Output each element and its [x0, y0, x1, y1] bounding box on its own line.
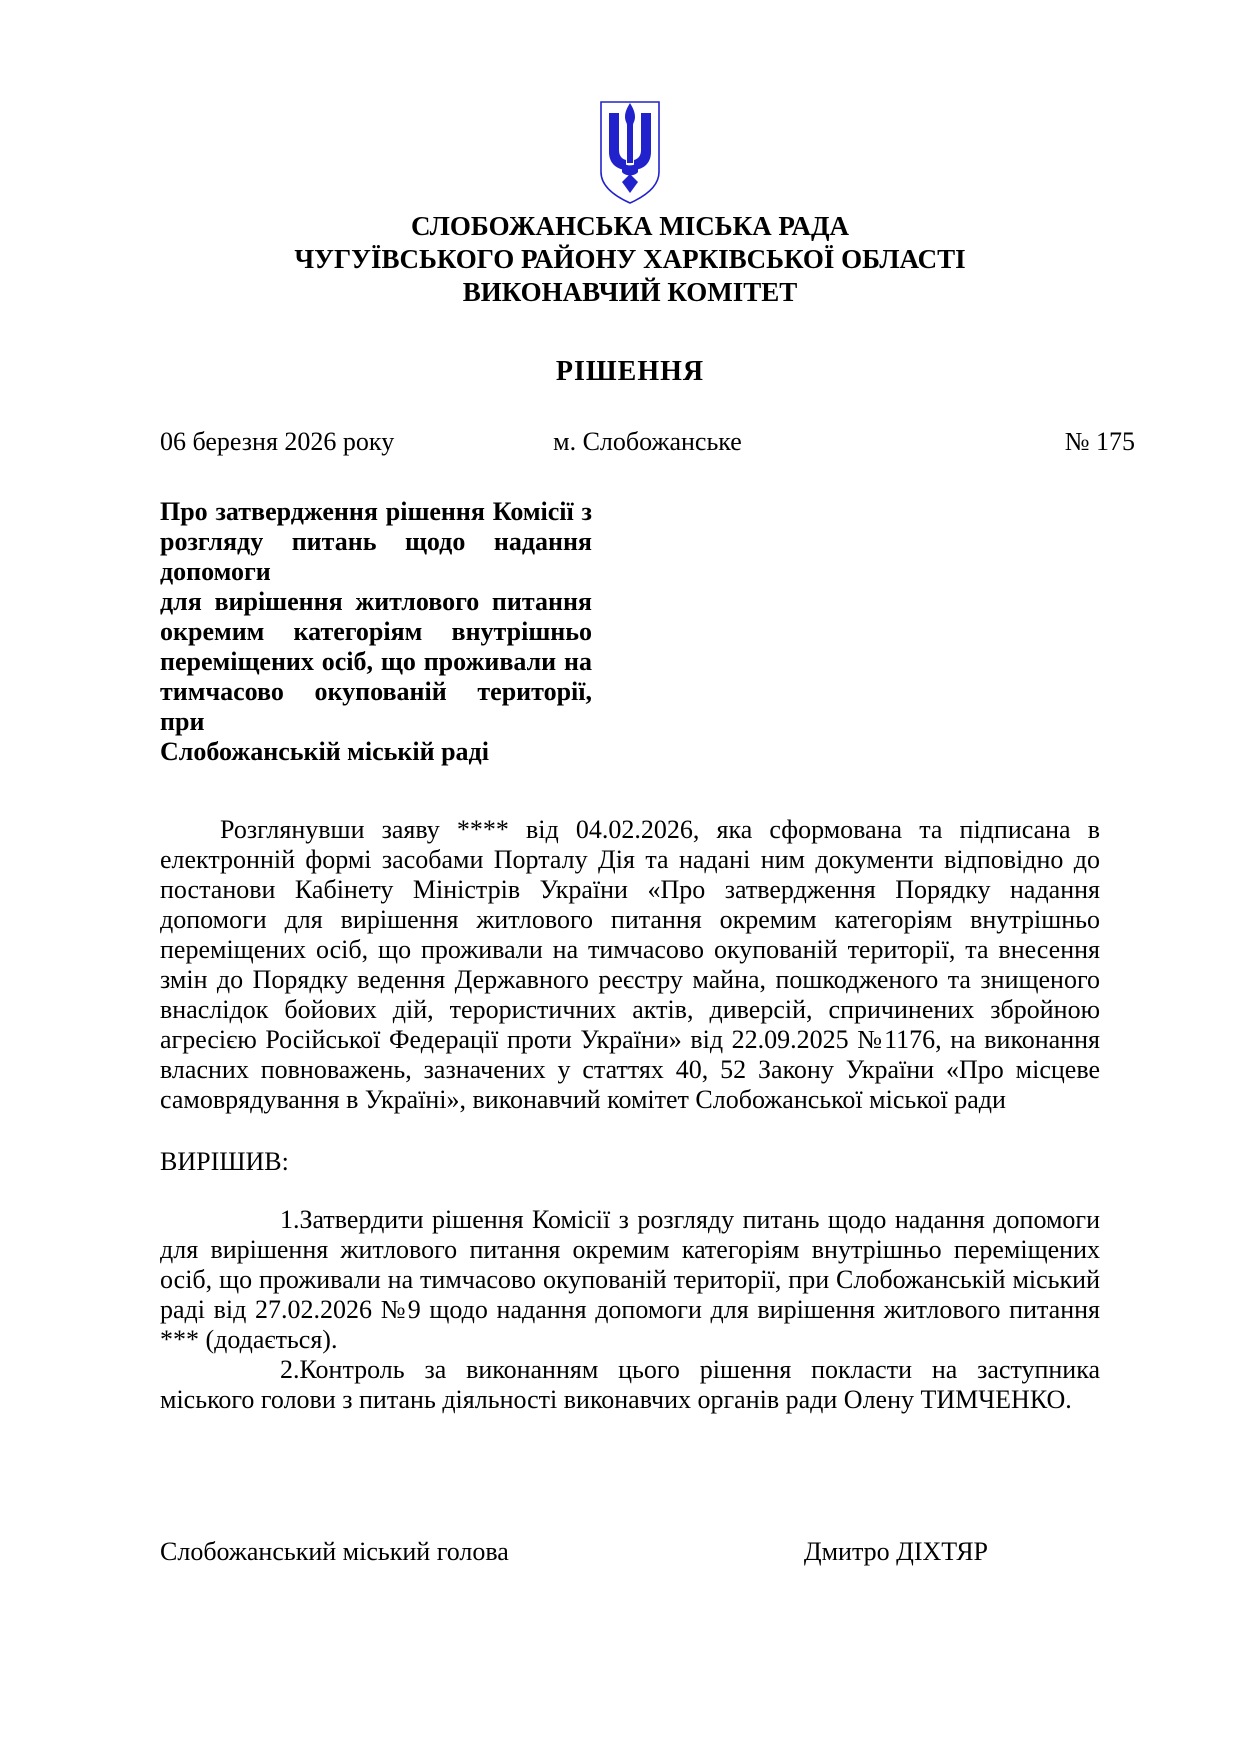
signer-position: Слобожанський міський голова [160, 1537, 509, 1567]
signer-name: Дмитро ДІХТЯР [804, 1537, 1100, 1567]
org-name-line3: ВИКОНАВЧИЙ КОМІТЕТ [160, 276, 1100, 309]
document-type-title: РІШЕННЯ [160, 357, 1100, 387]
document-number: № 175 [742, 427, 1135, 457]
ukraine-coat-of-arms-icon [597, 100, 663, 206]
decision-item-1: 1.Затвердити рішення Комісії з розгляду … [160, 1205, 1100, 1355]
subject-line: для вирішення житлового питання [160, 587, 592, 617]
item-number: 2. [220, 1355, 300, 1385]
org-name-line2: ЧУГУЇВСЬКОГО РАЙОНУ ХАРКІВСЬКОЇ ОБЛАСТІ [160, 243, 1100, 276]
subject-block: Про затвердження рішення Комісії з розгл… [160, 497, 592, 767]
decision-item-2: 2.Контроль за виконанням цього рішення п… [160, 1355, 1100, 1415]
subject-line: тимчасово окупованій території, при [160, 677, 592, 737]
item-text: Контроль за виконанням цього рішення пок… [160, 1355, 1100, 1414]
meta-row: 06 березня 2026 року м. Слобожанське № 1… [160, 427, 1135, 457]
document-place: м. Слобожанське [553, 427, 742, 457]
document-page: СЛОБОЖАНСЬКА МІСЬКА РАДА ЧУГУЇВСЬКОГО РА… [0, 0, 1240, 1754]
signature-row: Слобожанський міський голова Дмитро ДІХТ… [160, 1537, 1100, 1567]
item-text: Затвердити рішення Комісії з розгляду пи… [160, 1205, 1100, 1354]
subject-line: Слобожанській міській раді [160, 737, 592, 767]
subject-line: переміщених осіб, що проживали на [160, 647, 592, 677]
resolved-heading: ВИРІШИВ: [160, 1147, 1100, 1177]
subject-line: окремим категоріям внутрішньо [160, 617, 592, 647]
emblem-container [160, 0, 1100, 206]
decision-items: 1.Затвердити рішення Комісії з розгляду … [160, 1205, 1100, 1415]
org-header: СЛОБОЖАНСЬКА МІСЬКА РАДА ЧУГУЇВСЬКОГО РА… [160, 210, 1100, 309]
org-name-line1: СЛОБОЖАНСЬКА МІСЬКА РАДА [160, 210, 1100, 243]
document-date: 06 березня 2026 року [160, 427, 553, 457]
subject-line: Про затвердження рішення Комісії з [160, 497, 592, 527]
subject-line: розгляду питань щодо надання допомоги [160, 527, 592, 587]
preamble-paragraph: Розглянувши заяву **** від 04.02.2026, я… [160, 815, 1100, 1115]
item-number: 1. [220, 1205, 300, 1235]
